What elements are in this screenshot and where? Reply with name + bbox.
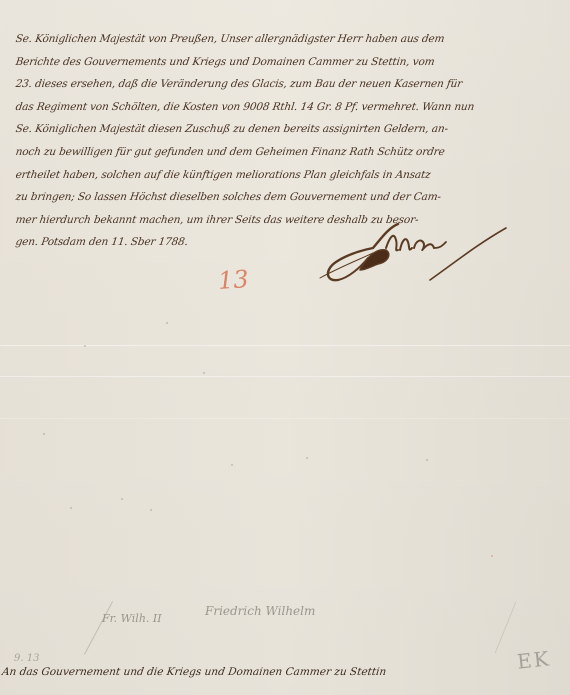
paper-speck — [166, 322, 168, 324]
body-line: zu bringen; So lassen Höchst dieselben s… — [14, 186, 569, 209]
paper-speck — [84, 345, 86, 347]
pencil-note-fr-wilh: Fr. Wilh. II — [102, 612, 162, 625]
paper-speck — [306, 457, 308, 459]
red-annotation: 13 — [217, 265, 249, 295]
pencil-note-friedrich-wilhelm: Friedrich Wilhelm — [205, 604, 315, 618]
body-line: das Regiment von Schölten, die Kosten vo… — [14, 96, 569, 119]
paper-texture-line — [0, 376, 570, 377]
body-line: 23. dieses ersehen, daß die Veränderung … — [14, 73, 569, 96]
pencil-folio-number: 9. 13 — [14, 653, 39, 664]
body-line: Se. Königlichen Majestät diesen Zuschuß … — [14, 118, 569, 141]
paper-speck — [70, 507, 72, 509]
letter-page: Se. Königlichen Majestät von Preußen, Un… — [0, 0, 570, 695]
paper-speck — [150, 509, 152, 511]
pencil-stroke — [84, 601, 113, 654]
body-line: Berichte des Gouvernements und Kriegs un… — [14, 51, 569, 74]
paper-speck — [43, 433, 45, 435]
paper-speck — [203, 372, 205, 374]
address-line: An das Gouvernement und die Kriegs und D… — [1, 666, 387, 678]
body-line: noch zu bewilligen für gut gefunden und … — [14, 141, 569, 164]
royal-signature — [318, 218, 508, 288]
paper-speck — [231, 464, 233, 466]
paper-speck — [121, 498, 123, 500]
body-line: ertheilet haben, solchen auf die künftig… — [14, 164, 569, 187]
paper-texture-line — [0, 418, 570, 419]
paper-speck — [491, 555, 493, 557]
pencil-stroke — [495, 602, 517, 653]
paper-speck — [426, 459, 428, 461]
pencil-initials: EK — [516, 646, 552, 673]
body-line: Se. Königlichen Majestät von Preußen, Un… — [14, 28, 569, 51]
